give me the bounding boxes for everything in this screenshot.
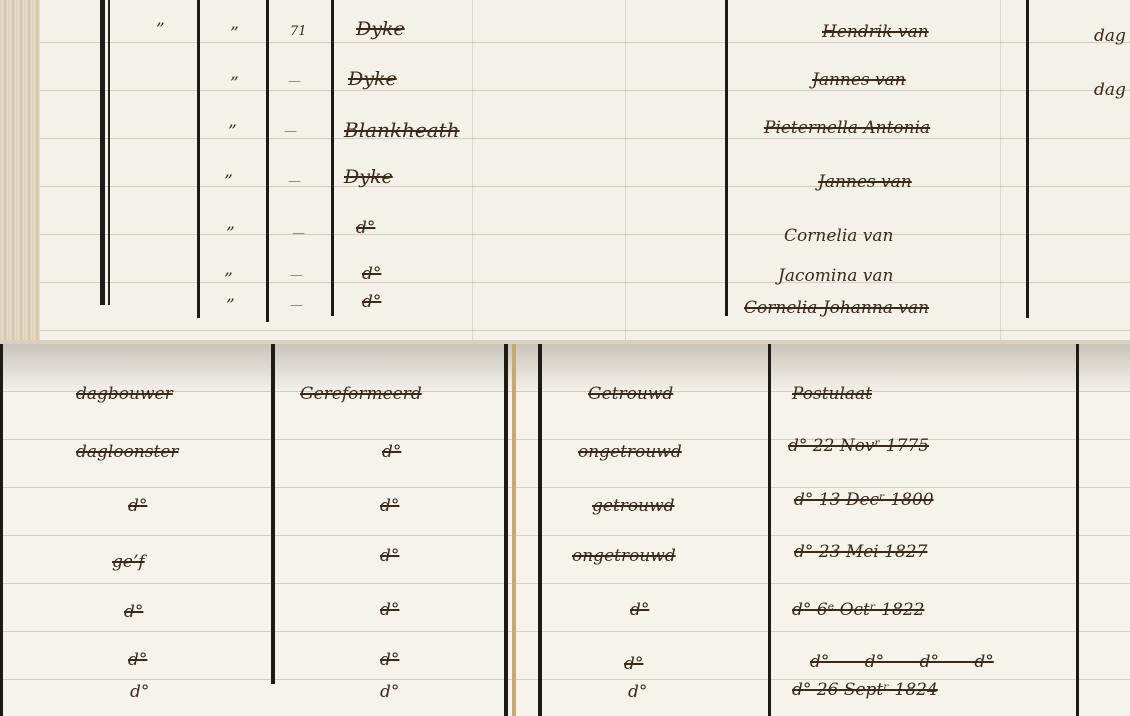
occupation-entry: d°	[128, 496, 147, 516]
dash-mark: —	[290, 268, 303, 283]
place-entry: d°	[362, 264, 381, 284]
dash-mark: —	[284, 124, 297, 139]
column-rule	[538, 344, 542, 716]
religion-entry: Gereformeerd	[300, 384, 422, 404]
column-rule	[725, 0, 728, 316]
occupation-entry: d°	[130, 682, 149, 702]
faint-rule	[625, 0, 626, 340]
date-entry: d° 13 Decʳ 1800	[794, 490, 934, 510]
register-top-strip: ” ” ” ” ” ” ” ” 71 — — — — — — Dyke Dyke…	[0, 0, 1130, 340]
marital-status-entry: getrouwd	[592, 496, 675, 516]
dash-mark: —	[288, 74, 301, 89]
ditto-mark: ”	[228, 122, 237, 142]
column-rule	[0, 344, 3, 716]
ditto-mark: ”	[230, 74, 239, 94]
column-rule	[266, 0, 269, 322]
religion-entry: d°	[382, 442, 401, 462]
name-entry: Jannes van	[818, 172, 912, 192]
column-rule	[768, 344, 771, 716]
book-page-edge	[0, 0, 40, 340]
occupation-entry: d°	[128, 650, 147, 670]
marital-status-entry: d°	[628, 682, 647, 702]
marital-status-entry: ongetrouwd	[572, 546, 676, 566]
name-entry: Pieternella Antonia	[764, 118, 930, 138]
column-rule	[1076, 344, 1079, 716]
ditto-mark: ”	[156, 20, 165, 40]
name-entry: Cornelia van	[784, 226, 893, 246]
ditto-mark: ”	[224, 270, 233, 290]
ditto-mark: ”	[226, 224, 235, 244]
column-rule	[197, 0, 200, 318]
occupation-entry: dagbouwer	[76, 384, 173, 404]
place-entry: Blankheath	[344, 118, 460, 142]
ditto-mark: ”	[230, 24, 239, 44]
faint-rule	[1000, 0, 1001, 340]
name-entry: Jacomina van	[778, 266, 893, 286]
marital-status-entry: d°	[630, 600, 649, 620]
column-rule	[1026, 0, 1029, 318]
religion-entry: d°	[380, 682, 399, 702]
register-bottom-left: dagbouwer dagloonster d° ge’f d° d° d° G…	[0, 344, 512, 716]
date-entry: Postulaat	[792, 384, 872, 404]
name-entry: Hendrik van	[822, 22, 929, 42]
ditto-mark: ”	[224, 172, 233, 192]
place-entry: Dyke	[356, 18, 405, 40]
place-entry: Dyke	[344, 166, 393, 188]
cut-off-text: dag	[1094, 26, 1126, 46]
column-rule	[271, 344, 275, 684]
occupation-entry: dagloonster	[76, 442, 179, 462]
marital-status-entry: d°	[624, 654, 643, 674]
column-rule	[331, 0, 334, 316]
date-entry: d° d° d° d°	[810, 652, 994, 672]
marital-status-entry: Getrouwd	[588, 384, 673, 404]
register-bottom-right: Getrouwd ongetrouwd getrouwd ongetrouwd …	[516, 344, 1130, 716]
date-entry: d° 22 Novʳ 1775	[788, 436, 929, 456]
name-entry: Jannes van	[812, 70, 906, 90]
cut-off-text: dag	[1094, 80, 1126, 100]
religion-entry: d°	[380, 600, 399, 620]
dash-mark: —	[288, 174, 301, 189]
column-rule	[504, 344, 508, 716]
occupation-entry: ge’f	[112, 552, 145, 572]
ditto-mark: ”	[226, 296, 235, 316]
religion-entry: d°	[380, 546, 399, 566]
marital-status-entry: ongetrouwd	[578, 442, 682, 462]
date-entry: d° 26 Septʳ 1824	[792, 680, 938, 700]
column-rule	[100, 0, 105, 305]
occupation-entry: d°	[124, 602, 143, 622]
date-entry: d° 6ᵉ Octʳ 1822	[792, 600, 924, 620]
faint-rule	[472, 0, 473, 340]
column-rule	[108, 0, 110, 305]
place-entry: Dyke	[348, 68, 397, 90]
religion-entry: d°	[380, 496, 399, 516]
place-entry: d°	[362, 292, 381, 312]
date-entry: d° 23 Mei 1827	[794, 542, 927, 562]
dash-mark: —	[292, 226, 305, 241]
religion-entry: d°	[380, 650, 399, 670]
dash-mark: —	[290, 298, 303, 313]
name-entry: Cornelia Johanna van	[744, 298, 929, 318]
entry-number: 71	[290, 24, 307, 39]
place-entry: d°	[356, 218, 375, 238]
